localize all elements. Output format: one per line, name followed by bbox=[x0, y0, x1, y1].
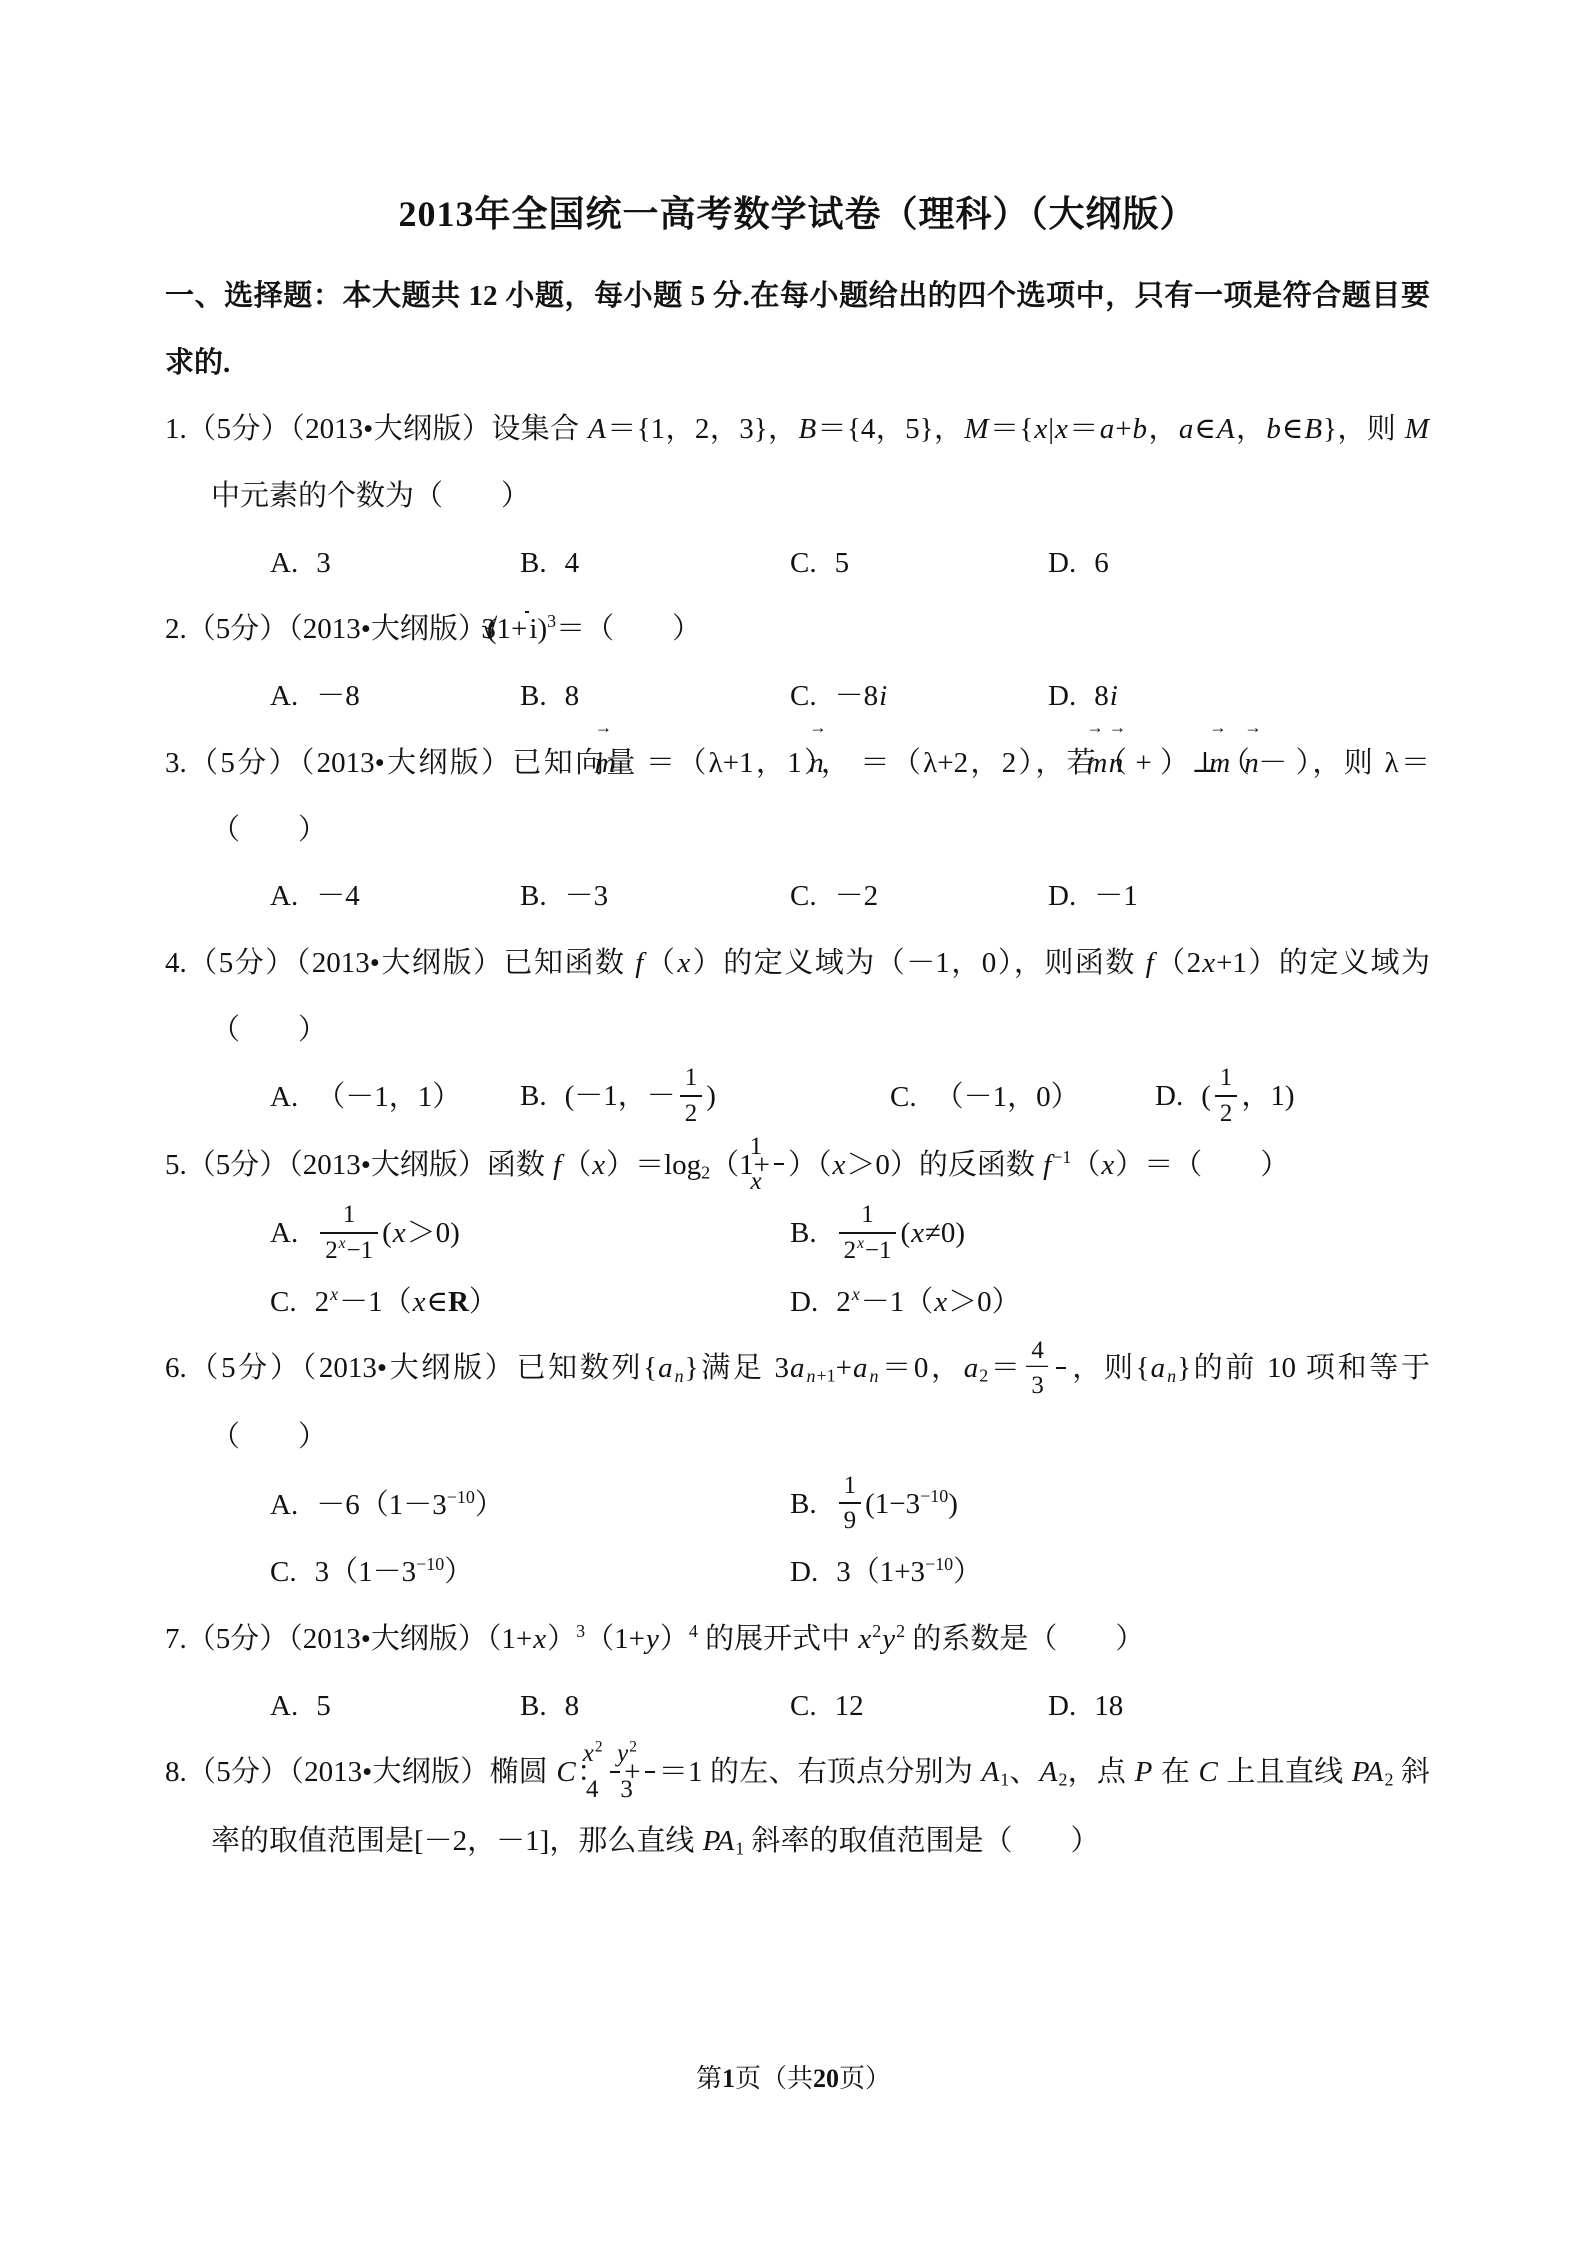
question-4-option-B: B.(－1，－12) bbox=[520, 1063, 890, 1132]
fraction: 43 bbox=[1056, 1335, 1066, 1401]
fraction: 1x bbox=[774, 1131, 784, 1197]
option-body: 12 bbox=[835, 1690, 864, 1722]
option-label: D. bbox=[1048, 880, 1076, 912]
question-6: 6.（5分）（2013•大纲版）已知数列{an}满足 3an+1+an＝0，a2… bbox=[165, 1335, 1430, 1605]
question-3-option-C: C.－2 bbox=[790, 863, 1048, 930]
option-body: －6（1－3−10） bbox=[316, 1489, 504, 1521]
option-body: 4 bbox=[565, 547, 580, 579]
question-5-option-B: B.12x−1(x≠0) bbox=[790, 1200, 1430, 1269]
question-2-option-B: B.8 bbox=[520, 663, 790, 730]
question-3-option-A: A.－4 bbox=[270, 863, 520, 930]
option-label: D. bbox=[790, 1556, 818, 1588]
option-body: －2 bbox=[835, 880, 879, 912]
option-label: C. bbox=[790, 880, 817, 912]
option-body: 3（1－3−10） bbox=[315, 1556, 474, 1588]
fraction: 12 bbox=[680, 1062, 702, 1128]
question-3-option-D: D.－1 bbox=[1048, 863, 1430, 930]
fraction: 19 bbox=[839, 1470, 861, 1536]
option-body: 2x－1（x＞0） bbox=[836, 1286, 1020, 1318]
option-label: A. bbox=[270, 880, 298, 912]
footer-prefix: 第 bbox=[696, 2064, 722, 2093]
question-7: 7.（5分）（2013•大纲版）（1+x）3（1+y）4 的展开式中 x2y2 … bbox=[165, 1606, 1430, 1739]
fraction: 12x−1 bbox=[320, 1199, 378, 1265]
option-label: B. bbox=[520, 880, 547, 912]
question-4: 4.（5分）（2013•大纲版）已知函数 f（x）的定义域为（－1，0），则函数… bbox=[165, 930, 1430, 1132]
question-7-option-A: A.5 bbox=[270, 1673, 520, 1740]
question-1-option-D: D.6 bbox=[1048, 530, 1430, 597]
option-body: 3 bbox=[316, 547, 331, 579]
option-body: （－1，1） bbox=[316, 1081, 461, 1113]
question-2-statement: 2.（5分）（2013•大纲版）(1+√3i)3＝（ ） bbox=[165, 596, 1430, 663]
question-8-statement: 8.（5分）（2013•大纲版）椭圆 C：x24+y23＝1 的左、右顶点分别为… bbox=[165, 1739, 1430, 1874]
footer-middle: 页（共 bbox=[735, 2064, 813, 2093]
question-1-options: A.3B.4C.5D.6 bbox=[270, 530, 1430, 597]
option-label: D. bbox=[1048, 680, 1076, 712]
option-body: 8i bbox=[1094, 680, 1119, 712]
question-6-option-B: B.19(1−3−10) bbox=[790, 1471, 1430, 1540]
question-5-option-A: A.12x−1(x＞0) bbox=[270, 1200, 790, 1269]
option-body: －8i bbox=[835, 680, 889, 712]
option-body: (12，1) bbox=[1201, 1080, 1294, 1112]
option-body: 2x－1（x∈R） bbox=[315, 1286, 498, 1318]
footer-suffix: 页） bbox=[839, 2064, 891, 2093]
question-6-option-C: C.3（1－3−10） bbox=[270, 1539, 790, 1606]
question-2-option-A: A.－8 bbox=[270, 663, 520, 730]
question-6-statement: 6.（5分）（2013•大纲版）已知数列{an}满足 3an+1+an＝0，a2… bbox=[165, 1335, 1430, 1470]
option-label: A. bbox=[270, 1217, 298, 1249]
option-body: 12x−1(x≠0) bbox=[835, 1217, 966, 1249]
page-footer: 第1页（共20页） bbox=[0, 2058, 1587, 2095]
question-5: 5.（5分）（2013•大纲版）函数 f（x）＝log2（1+1x）（x＞0）的… bbox=[165, 1132, 1430, 1336]
question-7-option-D: D.18 bbox=[1048, 1673, 1430, 1740]
radical: √3 bbox=[527, 613, 529, 645]
footer-total-pages: 20 bbox=[813, 2064, 839, 2093]
question-6-option-A: A.－6（1－3−10） bbox=[270, 1472, 790, 1539]
option-label: C. bbox=[790, 547, 817, 579]
option-label: D. bbox=[1048, 547, 1076, 579]
exam-page: 2013年全国统一高考数学试卷（理科）（大纲版） 一、选择题：本大题共 12 小… bbox=[0, 0, 1587, 2245]
footer-page-number: 1 bbox=[722, 2064, 735, 2093]
question-7-option-B: B.8 bbox=[520, 1673, 790, 1740]
option-body: 5 bbox=[835, 547, 850, 579]
option-label: C. bbox=[890, 1081, 917, 1113]
option-body: (－1，－12) bbox=[565, 1080, 716, 1112]
option-label: B. bbox=[790, 1488, 817, 1520]
question-3: 3.（5分）（2013•大纲版）已知向量→m＝（λ+1，1），→n＝（λ+2，2… bbox=[165, 730, 1430, 930]
question-3-options: A.－4B.－3C.－2D.－1 bbox=[270, 863, 1430, 930]
question-4-statement: 4.（5分）（2013•大纲版）已知函数 f（x）的定义域为（－1，0），则函数… bbox=[165, 930, 1430, 1063]
question-6-option-D: D.3（1+3−10） bbox=[790, 1539, 1430, 1606]
fraction: 12 bbox=[1215, 1062, 1237, 1128]
question-5-option-D: D.2x－1（x＞0） bbox=[790, 1269, 1430, 1336]
option-label: B. bbox=[520, 680, 547, 712]
question-1: 1.（5分）（2013•大纲版）设集合 A＝{1，2，3}，B＝{4，5}，M＝… bbox=[165, 396, 1430, 596]
question-5-options: A.12x−1(x＞0)B.12x−1(x≠0)C.2x－1（x∈R）D.2x－… bbox=[270, 1200, 1430, 1335]
option-label: B. bbox=[520, 1690, 547, 1722]
question-1-statement: 1.（5分）（2013•大纲版）设集合 A＝{1，2，3}，B＝{4，5}，M＝… bbox=[165, 396, 1430, 529]
option-body: 8 bbox=[565, 680, 580, 712]
option-label: A. bbox=[270, 680, 298, 712]
section-heading: 一、选择题：本大题共 12 小题，每小题 5 分.在每小题给出的四个选项中，只有… bbox=[165, 263, 1430, 396]
question-1-option-B: B.4 bbox=[520, 530, 790, 597]
option-label: A. bbox=[270, 547, 298, 579]
fraction: 12x−1 bbox=[839, 1199, 897, 1265]
question-3-option-B: B.－3 bbox=[520, 863, 790, 930]
question-7-option-C: C.12 bbox=[790, 1673, 1048, 1740]
option-label: B. bbox=[520, 547, 547, 579]
question-8: 8.（5分）（2013•大纲版）椭圆 C：x24+y23＝1 的左、右顶点分别为… bbox=[165, 1739, 1430, 1874]
question-4-option-A: A.（－1，1） bbox=[270, 1064, 520, 1131]
page-title: 2013年全国统一高考数学试卷（理科）（大纲版） bbox=[165, 186, 1430, 237]
question-4-options: A.（－1，1）B.(－1，－12)C.（－1，0）D.(12，1) bbox=[270, 1063, 1430, 1132]
option-body: 18 bbox=[1094, 1690, 1123, 1722]
option-body: 8 bbox=[565, 1690, 580, 1722]
option-label: C. bbox=[790, 680, 817, 712]
option-label: A. bbox=[270, 1081, 298, 1113]
option-label: D. bbox=[1048, 1690, 1076, 1722]
option-body: 19(1−3−10) bbox=[835, 1488, 958, 1520]
option-label: B. bbox=[790, 1217, 817, 1249]
question-3-statement: 3.（5分）（2013•大纲版）已知向量→m＝（λ+1，1），→n＝（λ+2，2… bbox=[165, 730, 1430, 863]
option-label: A. bbox=[270, 1489, 298, 1521]
question-2: 2.（5分）（2013•大纲版）(1+√3i)3＝（ ）A.－8B.8C.－8i… bbox=[165, 596, 1430, 729]
option-label: C. bbox=[270, 1556, 297, 1588]
option-body: 6 bbox=[1094, 547, 1109, 579]
option-body: －8 bbox=[316, 680, 360, 712]
question-6-options: A.－6（1－3−10）B.19(1−3−10)C.3（1－3−10）D.3（1… bbox=[270, 1471, 1430, 1606]
fraction: y23 bbox=[645, 1738, 655, 1804]
option-label: D. bbox=[790, 1286, 818, 1318]
option-body: 12x−1(x＞0) bbox=[316, 1217, 460, 1249]
option-body: －3 bbox=[565, 880, 609, 912]
question-2-option-D: D.8i bbox=[1048, 663, 1430, 730]
option-label: A. bbox=[270, 1690, 298, 1722]
question-4-option-C: C.（－1，0） bbox=[890, 1064, 1155, 1131]
question-7-options: A.5B.8C.12D.18 bbox=[270, 1673, 1430, 1740]
question-5-statement: 5.（5分）（2013•大纲版）函数 f（x）＝log2（1+1x）（x＞0）的… bbox=[165, 1132, 1430, 1201]
option-label: B. bbox=[520, 1080, 547, 1112]
option-body: 3（1+3−10） bbox=[836, 1556, 982, 1588]
option-body: －4 bbox=[316, 880, 360, 912]
option-label: C. bbox=[790, 1690, 817, 1722]
question-list: 1.（5分）（2013•大纲版）设集合 A＝{1，2，3}，B＝{4，5}，M＝… bbox=[165, 396, 1430, 1874]
question-7-statement: 7.（5分）（2013•大纲版）（1+x）3（1+y）4 的展开式中 x2y2 … bbox=[165, 1606, 1430, 1673]
option-body: 5 bbox=[316, 1690, 331, 1722]
question-2-option-C: C.－8i bbox=[790, 663, 1048, 730]
question-4-option-D: D.(12，1) bbox=[1155, 1063, 1430, 1132]
option-body: （－1，0） bbox=[935, 1081, 1080, 1113]
option-label: C. bbox=[270, 1286, 297, 1318]
question-5-option-C: C.2x－1（x∈R） bbox=[270, 1269, 790, 1336]
option-body: －1 bbox=[1094, 880, 1138, 912]
question-1-option-A: A.3 bbox=[270, 530, 520, 597]
question-1-option-C: C.5 bbox=[790, 530, 1048, 597]
option-label: D. bbox=[1155, 1080, 1183, 1112]
